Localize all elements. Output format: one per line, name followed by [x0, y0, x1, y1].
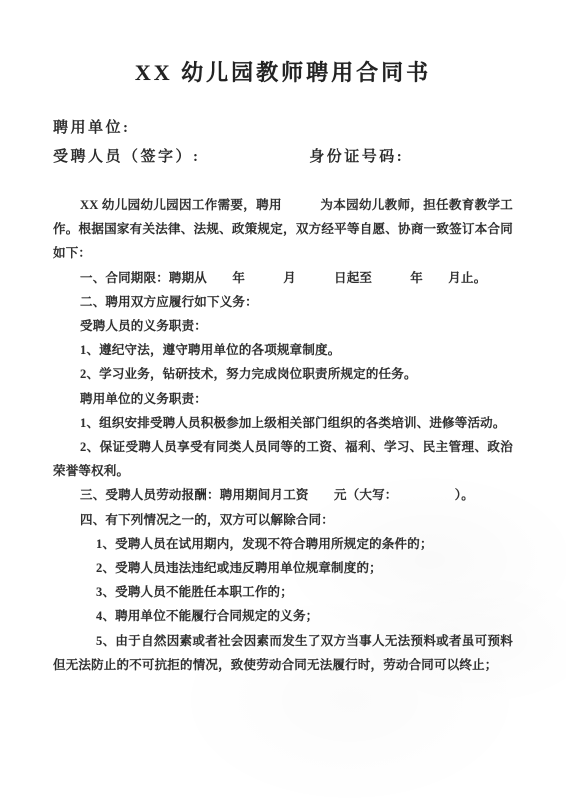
termination-item-1: 1、受聘人员在试用期内，发现不符合聘用所规定的条件的； — [53, 532, 513, 556]
termination-item-5: 5、由于自然因素或者社会因素而发生了双方当事人无法预料或者虽可预料但无法防止的不… — [53, 629, 513, 677]
employer-duty-1: 1、组织安排受聘人员积极参加上级相关部门组织的各类培训、进修等活动。 — [53, 411, 513, 435]
termination-item-3: 3、受聘人员不能胜任本职工作的； — [53, 580, 513, 604]
employee-signature-label: 受聘人员（签字）: — [53, 147, 303, 167]
employee-duty-2: 2、学习业务，钻研技术，努力完成岗位职责所规定的任务。 — [53, 362, 513, 386]
contract-page: XX 幼儿园教师聘用合同书 聘用单位: 受聘人员（签字）: 身份证号码: XX … — [0, 0, 566, 800]
termination-item-2: 2、受聘人员违法违纪或违反聘用单位规章制度的； — [53, 556, 513, 580]
clause-termination-heading: 四、有下列情况之一的，双方可以解除合同： — [53, 508, 513, 532]
employee-duties-heading: 受聘人员的义务职责： — [53, 314, 513, 338]
employee-duty-1: 1、遵纪守法，遵守聘用单位的各项规章制度。 — [53, 338, 513, 362]
employer-label: 聘用单位: — [53, 120, 131, 136]
employer-duties-heading: 聘用单位的义务职责： — [53, 387, 513, 411]
paragraph-intro: XX 幼儿园幼儿园因工作需要，聘用 为本园幼儿教师，担任教育教学工作。根据国家有… — [53, 193, 513, 266]
employer-line: 聘用单位: — [53, 118, 513, 138]
meta-section: 聘用单位: 受聘人员（签字）: 身份证号码: — [53, 118, 513, 167]
clause-term: 一、合同期限：聘期从 年 月 日起至 年 月止。 — [53, 266, 513, 290]
clause-obligations-heading: 二、聘用双方应履行如下义务： — [53, 290, 513, 314]
employer-duty-2: 2、保证受聘人员享受有同类人员同等的工资、福利、学习、民主管理、政治荣誉等权利。 — [53, 435, 513, 483]
page-title: XX 幼儿园教师聘用合同书 — [0, 0, 566, 89]
clause-salary: 三、受聘人员劳动报酬：聘用期间月工资 元（大写： ）。 — [53, 483, 513, 507]
employee-id-line: 受聘人员（签字）: 身份证号码: — [53, 147, 513, 167]
contract-body: XX 幼儿园幼儿园因工作需要，聘用 为本园幼儿教师，担任教育教学工作。根据国家有… — [53, 193, 513, 677]
termination-item-4: 4、聘用单位不能履行合同规定的义务； — [53, 604, 513, 628]
id-number-label: 身份证号码: — [309, 149, 404, 165]
